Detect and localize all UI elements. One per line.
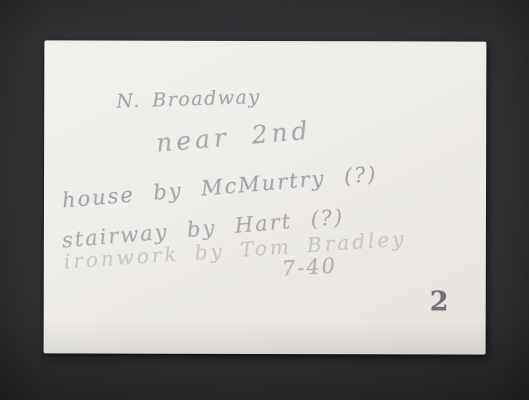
stamped-number: 2	[430, 286, 449, 317]
handwriting-line-1: N. Broadway	[116, 86, 261, 113]
handwriting-line-2: near 2nd	[155, 116, 313, 158]
photograph-back-card: N. Broadway near 2nd house by McMurtry (…	[44, 40, 487, 354]
handwriting-line-6-date: 7-40	[281, 253, 338, 281]
photo-verso-scan: N. Broadway near 2nd house by McMurtry (…	[0, 0, 529, 400]
